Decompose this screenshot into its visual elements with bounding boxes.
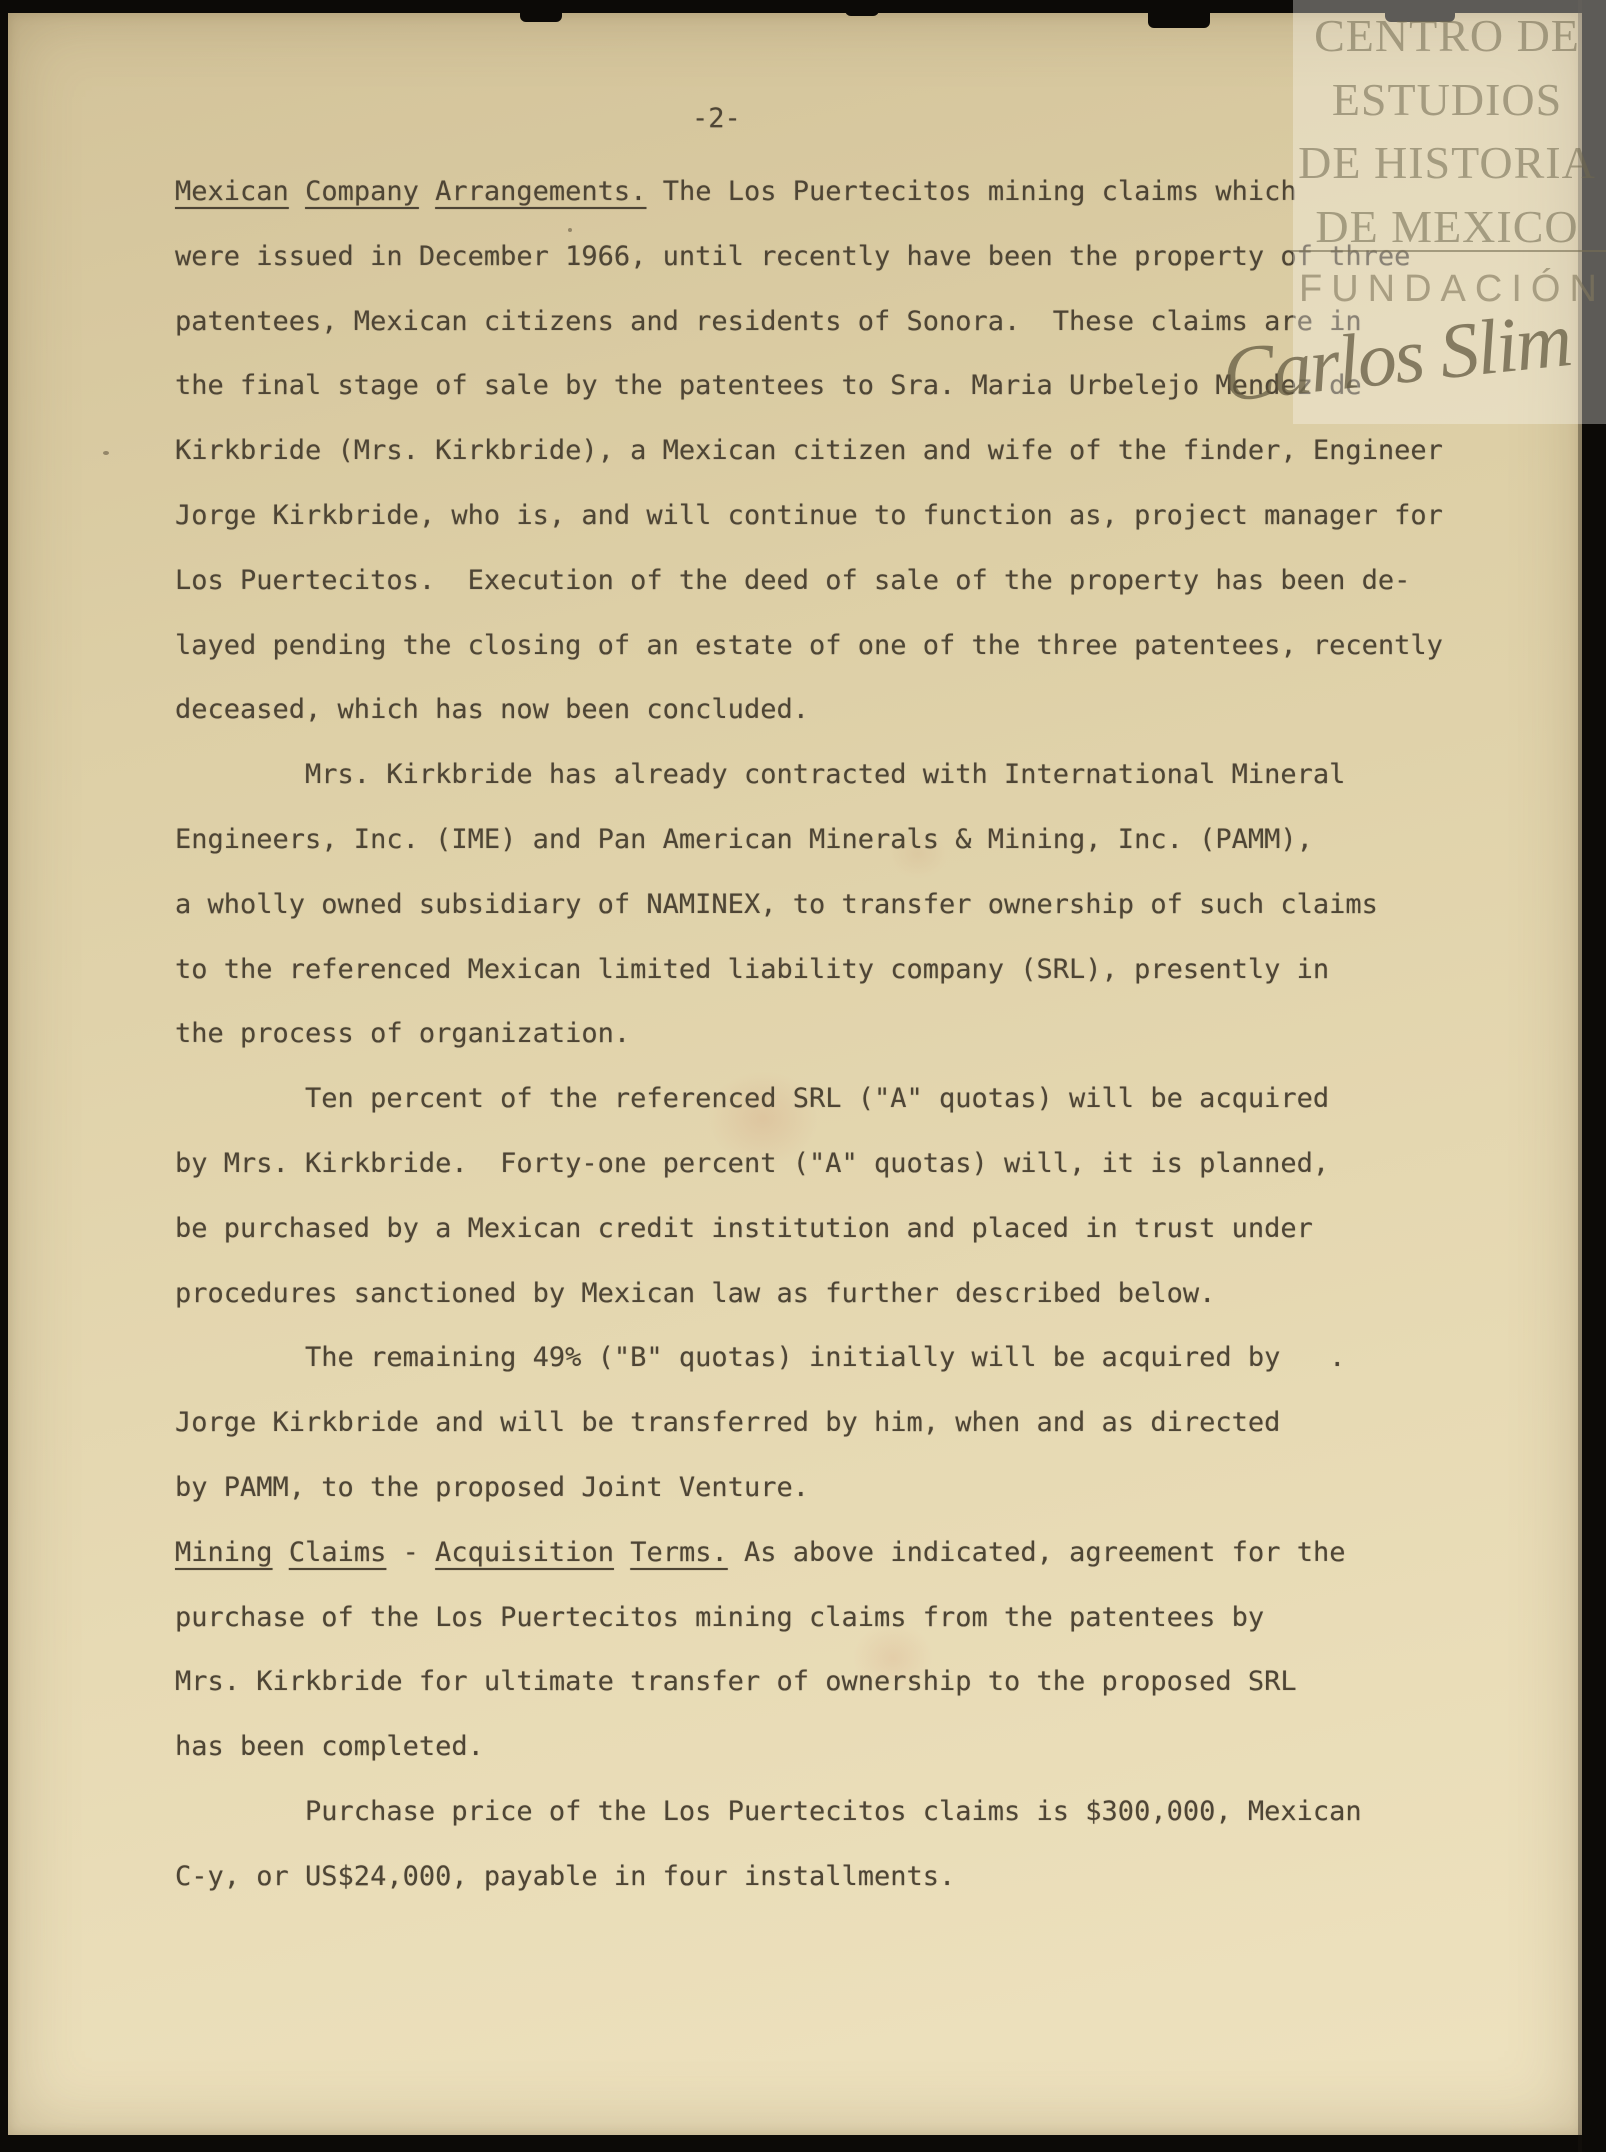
text-line: Purchase price of the Los Puertecitos cl… — [175, 1780, 1606, 1845]
paper-speck — [103, 451, 109, 455]
underlined-heading-word: Terms. — [630, 1537, 728, 1568]
text-line: procedures sanctioned by Mexican law as … — [175, 1262, 1606, 1327]
underlined-heading-word: Acquisition — [435, 1537, 614, 1568]
text-line: The remaining 49% ("B" quotas) initially… — [175, 1326, 1606, 1391]
text-line: Los Puertecitos. Execution of the deed o… — [175, 549, 1606, 614]
text-line: Engineers, Inc. (IME) and Pan American M… — [175, 808, 1606, 873]
text-line: Kirkbride (Mrs. Kirkbride), a Mexican ci… — [175, 419, 1606, 484]
text-line: deceased, which has now been concluded. — [175, 678, 1606, 743]
watermark-line: CENTRO DE — [1287, 4, 1606, 68]
text-line: to the referenced Mexican limited liabil… — [175, 938, 1606, 1003]
text-line: Jorge Kirkbride and will be transferred … — [175, 1391, 1606, 1456]
scan-notch — [520, 0, 562, 22]
text-segment: - — [386, 1537, 435, 1568]
watermark-institution-text: CENTRO DEESTUDIOSDE HISTORIADE MEXICO — [1287, 4, 1606, 258]
text-line: Mrs. Kirkbride for ultimate transfer of … — [175, 1650, 1606, 1715]
scan-border-left — [0, 0, 8, 2152]
text-line: by PAMM, to the proposed Joint Venture. — [175, 1456, 1606, 1521]
text-segment — [419, 176, 435, 207]
text-segment — [273, 1537, 289, 1568]
text-line: has been completed. — [175, 1715, 1606, 1780]
scan-notch — [845, 0, 879, 16]
underlined-heading-word: Claims — [289, 1537, 387, 1568]
underlined-heading-word: Mining — [175, 1537, 273, 1568]
scanned-page: -2- Mexican Company Arrangements. The Lo… — [0, 0, 1606, 2152]
text-line: Mrs. Kirkbride has already contracted wi… — [175, 743, 1606, 808]
text-line: purchase of the Los Puertecitos mining c… — [175, 1586, 1606, 1651]
underlined-heading-word: Company — [305, 176, 419, 207]
text-line: by Mrs. Kirkbride. Forty-one percent ("A… — [175, 1132, 1606, 1197]
scan-notch — [1148, 0, 1210, 28]
watermark-line: DE HISTORIA — [1287, 131, 1606, 195]
text-line: the process of organization. — [175, 1002, 1606, 1067]
text-segment — [614, 1537, 630, 1568]
text-segment — [289, 176, 305, 207]
watermark-divider-line — [1291, 250, 1606, 252]
watermark-line: DE MEXICO — [1287, 195, 1606, 259]
text-line: be purchased by a Mexican credit institu… — [175, 1197, 1606, 1262]
underlined-heading-word: Mexican — [175, 176, 289, 207]
text-line: layed pending the closing of an estate o… — [175, 614, 1606, 679]
text-line: Ten percent of the referenced SRL ("A" q… — [175, 1067, 1606, 1132]
watermark-line: ESTUDIOS — [1287, 68, 1606, 132]
text-line: Jorge Kirkbride, who is, and will contin… — [175, 484, 1606, 549]
text-line: C-y, or US$24,000, payable in four insta… — [175, 1845, 1606, 1910]
underlined-heading-word: Arrangements. — [435, 176, 646, 207]
text-line: a wholly owned subsidiary of NAMINEX, to… — [175, 873, 1606, 938]
text-line: Mining Claims - Acquisition Terms. As ab… — [175, 1521, 1606, 1586]
scan-border-bottom — [0, 2135, 1606, 2152]
page-number: -2- — [692, 103, 741, 134]
text-segment: As above indicated, agreement for the — [728, 1537, 1346, 1568]
text-segment: The Los Puertecitos mining claims which — [646, 176, 1296, 207]
